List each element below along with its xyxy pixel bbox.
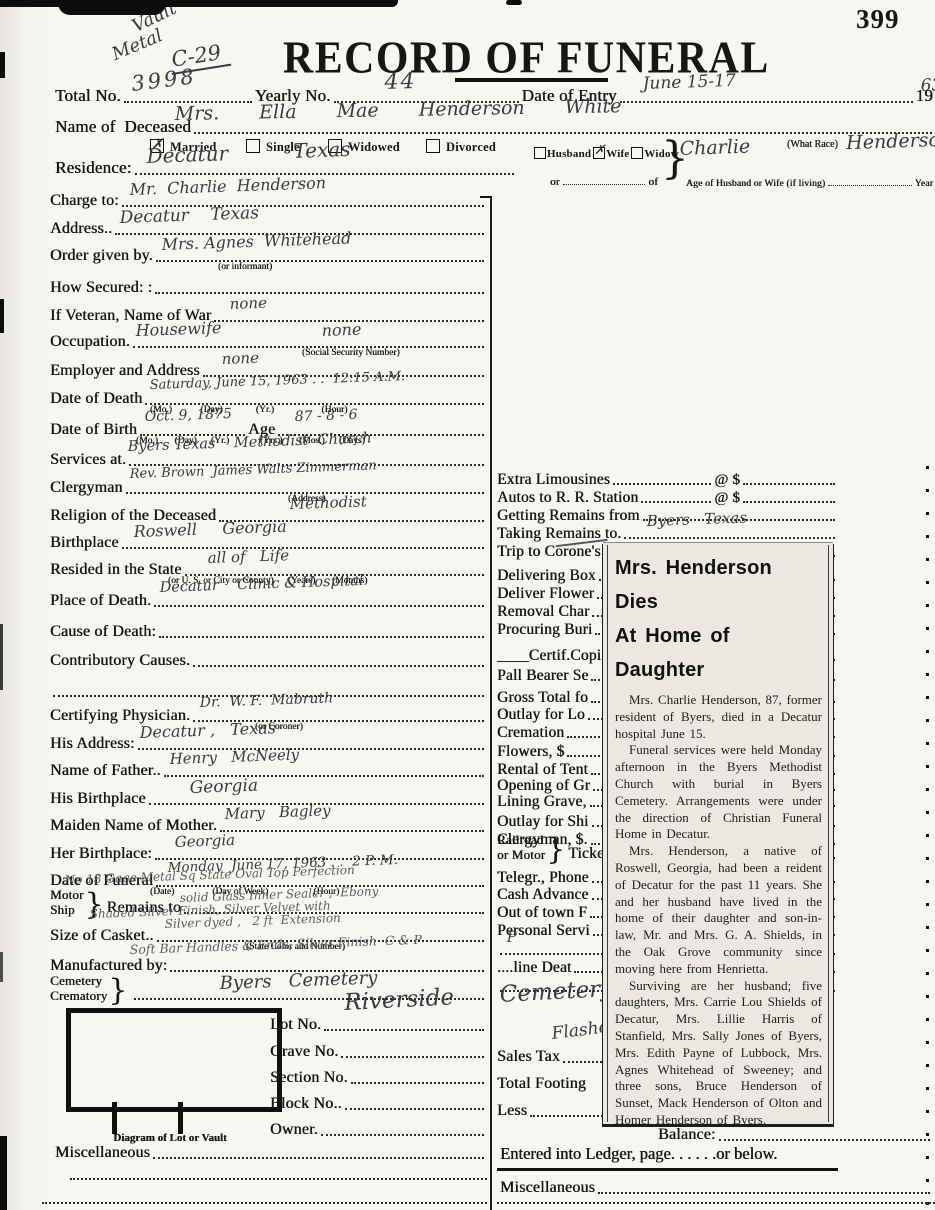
right-field-label: Pall Bearer Se (497, 667, 588, 684)
right-field-label2: or Motor (497, 848, 545, 862)
left-field-value: Mary Bagley (224, 801, 331, 823)
spouse-wife: ✗Wife (593, 144, 629, 162)
spouse-of-label: of (648, 176, 658, 188)
lot-field-row-1093: Block No.. (270, 1093, 487, 1113)
left-field-label: Address.. (50, 220, 112, 238)
left-field-value: Georgia (174, 831, 235, 851)
right-field-label: Railroad (497, 833, 545, 847)
right-field-label: Cremation (497, 724, 564, 741)
lot-field-row-1119: Owner. (270, 1119, 487, 1139)
left-field-label2: Ship (50, 903, 84, 917)
scan-edge-left-2 (0, 299, 4, 333)
left-field-row-590: Place of Death.Decatur Clinic & Hospital (50, 590, 487, 610)
left-field-label: Her Birthplace: (50, 845, 152, 863)
left-field-value: Georgia (189, 776, 258, 798)
left-field-row-621: Cause of Death: (50, 621, 487, 641)
left-field-value: Dr. W. F. Mabruth (199, 690, 333, 711)
marital-widowed-label: Widowed (348, 140, 400, 154)
left-field-row-190: Charge to:Mr. Charlie Henderson (50, 190, 487, 210)
left-field-value: none (229, 294, 267, 313)
misc-left-label: Miscellaneous (55, 1144, 150, 1162)
clipping-body: Mrs. Charlie Henderson, 87, former resid… (615, 692, 822, 1129)
right-field-label: Lining Grave, (497, 793, 587, 810)
right-field-label: ....line Deat (497, 959, 571, 976)
bottom-dotted-left (42, 1186, 487, 1204)
right-field-row-522: Taking Remains to.Byers Texas (497, 522, 838, 542)
left-field-label: Resided in the State (50, 561, 182, 579)
left-field-label: Date of Death (50, 390, 142, 408)
left-field-label: Date of Birth (50, 421, 137, 439)
scan-edge-left-4 (0, 952, 3, 982)
left-field-value: Decatur , Texas (139, 718, 276, 742)
left-field-label: Services at. (50, 451, 126, 469)
left-field-label: Motor (50, 888, 84, 902)
left-field-label: His Birthplace (50, 790, 146, 808)
cents-dots-column (926, 466, 929, 1210)
spouse-or-line: or of (550, 174, 658, 188)
lot-field-label: Owner. (270, 1121, 318, 1139)
name-of-deceased-label: Name of Deceased (55, 118, 191, 137)
divider-top-tick (480, 196, 492, 198)
left-field-value: all of Life (207, 546, 289, 567)
blank-dotted-left (70, 1162, 487, 1180)
left-field-row-331: Occupation.Housewifenone(Social Security… (50, 331, 487, 351)
left-field-label: Order given by. (50, 247, 153, 265)
left-field-row-388: Date of DeathSaturday, June 15, 1963 . .… (50, 388, 487, 408)
clipping-paragraph-2: Funeral services were held Monday aftern… (615, 742, 822, 843)
total-footing-row: Total Footing (497, 1073, 609, 1093)
left-field-label: Cause of Death: (50, 623, 156, 641)
clipping-paragraph-3: Mrs. Henderson, a native of Roswell, Geo… (615, 843, 822, 977)
lot-diagram-leg-right (178, 1102, 183, 1134)
left-field-row-650: Contributory Causes. (50, 650, 487, 670)
scan-edge-left-1 (0, 52, 5, 78)
right-field-value: P (506, 928, 517, 946)
clipping-paragraph-1: Mrs. Charlie Henderson, 87, former resid… (615, 692, 822, 742)
lot-field-row-1041: Grave No. (270, 1041, 487, 1061)
brace-glyph: } (546, 837, 565, 863)
column-divider (490, 196, 492, 1210)
left-field-value2: 87 - 8 - 6 (294, 407, 357, 425)
spouse-option-label: Husband (547, 148, 591, 160)
right-field-label: Procuring Buri (497, 621, 592, 638)
funeral-record-page: 399 Vault Metal C-29 RECORD OF FUNERAL T… (0, 0, 935, 1210)
left-field-value: Housewife (135, 318, 221, 340)
scan-edge-top-blob (58, 0, 166, 15)
sales-tax-row: Sales Tax (497, 1046, 609, 1066)
left-field-row-815: Maiden Name of Mother.Mary Bagley (50, 815, 487, 835)
spouse-age-note: Age of Husband or Wife (if living) (686, 179, 825, 189)
scan-edge-left-3 (0, 624, 3, 690)
left-field-sublabel: (or informant) (218, 262, 272, 272)
left-field-value: Methodist (289, 492, 367, 513)
sales-tax-label: Sales Tax (497, 1048, 560, 1066)
left-field-label: Charge to: (50, 192, 119, 210)
residence-label: Residence: (55, 159, 132, 178)
right-field-label: ____Certif.Copi (497, 647, 601, 664)
spouse-checkmark-icon: ✗ (594, 143, 605, 158)
balance-label: Balance: (658, 1126, 716, 1144)
newspaper-clipping: Mrs. Henderson Dies At Home of Daughter … (603, 543, 833, 1124)
marital-divorced-label: Divorced (446, 140, 496, 154)
left-field-label: Cemetery (50, 974, 107, 988)
clipping-headline-line2: At Home of Daughter (615, 619, 822, 687)
spouse-husband: Husband (534, 144, 591, 162)
left-field-label: Clergyman (50, 479, 123, 497)
year-suffix-value: 63 (920, 75, 935, 96)
left-field-value: Oct. 9, 1875 (144, 406, 232, 425)
left-field-row-277: How Secured: : (50, 277, 487, 297)
misc-left-row: Miscellaneous (55, 1142, 487, 1162)
spouse-checkbox-group: Husband✗WifeWidow (534, 144, 681, 162)
spouse-or-label: or (550, 176, 560, 188)
lot-field-row-1067: Section No. (270, 1067, 487, 1087)
left-field-row-760: Name of Father..Henry McNeely (50, 760, 487, 780)
left-field-row-245: Order given by.Mrs. Agnes Whitehead(or i… (50, 245, 487, 265)
yearly-no-value: 44 (384, 69, 417, 95)
right-field-row-468: Extra Limousines@ $ (497, 468, 838, 488)
left-field-row-305: If Veteran, Name of Warnone (50, 305, 487, 325)
right-field-row-486: Autos to R. R. Station@ $ (497, 486, 838, 506)
spouse-option-label: Wife (606, 148, 629, 160)
spouse-age-row: Age of Husband or Wife (if living) Year (686, 176, 933, 189)
left-field-value: Roswell Georgia (133, 517, 287, 541)
total-no-label: Total No. (55, 87, 121, 106)
date-of-entry-value: June 15-17 (642, 71, 736, 94)
lot-cemetery-value: Riverside Cemetery. (344, 976, 618, 1016)
lot-diagram-box (66, 1008, 282, 1112)
left-field-sublabel: (Social Security Number) (302, 348, 400, 358)
left-field-label: His Address: (50, 735, 135, 753)
title-underline (455, 78, 608, 82)
left-field-value2: none (321, 320, 361, 340)
less-label: Less (497, 1102, 527, 1120)
clipping-paragraph-4: Surviving are her husband; five daughter… (615, 978, 822, 1129)
less-row: Less (497, 1100, 609, 1120)
page-number: 399 (856, 4, 900, 35)
left-field-label: Name of Father.. (50, 762, 161, 780)
bottom-dotted-right (497, 1186, 935, 1204)
left-field-label: Place of Death. (50, 592, 151, 610)
left-field-value: Henry McNeely (169, 745, 299, 768)
brace-glyph: } (108, 978, 127, 1004)
right-field-label3: Ticke (568, 845, 604, 862)
total-no-value: 3998 (130, 64, 198, 96)
left-field-label: Birthplace (50, 534, 119, 552)
total-footing-label: Total Footing (497, 1075, 586, 1093)
marital-divorced: Divorced (426, 138, 496, 156)
marital-divorced-box (426, 139, 440, 153)
left-field-value: none (221, 349, 259, 368)
clipping-column: Mrs. Henderson Dies At Home of Daughter … (607, 545, 829, 1122)
lot-diagram-leg-left (112, 1102, 117, 1134)
left-field-label: Contributory Causes. (50, 652, 190, 670)
left-field-label: Occupation. (50, 333, 130, 351)
left-field-value: Decatur Texas (119, 203, 259, 228)
left-field-label: How Secured: : (50, 279, 152, 297)
ledger-note: Entered into Ledger, page. . . . . .or b… (500, 1144, 777, 1164)
left-field-row-477: ClergymanRev. Brown James Walts Zimmerma… (50, 477, 487, 497)
scan-edge-left-5 (0, 1136, 7, 1210)
clipping-headline-line1: Mrs. Henderson Dies (615, 551, 822, 619)
spouse-year-note: Year (915, 179, 933, 189)
left-field-label2: Crematory (50, 989, 107, 1003)
lot-field-row-1014: Lot No. (270, 1014, 487, 1034)
ledger-underline (497, 1168, 838, 1171)
scan-dot (506, 0, 522, 5)
right-field-value: Byers Texas (646, 509, 747, 530)
